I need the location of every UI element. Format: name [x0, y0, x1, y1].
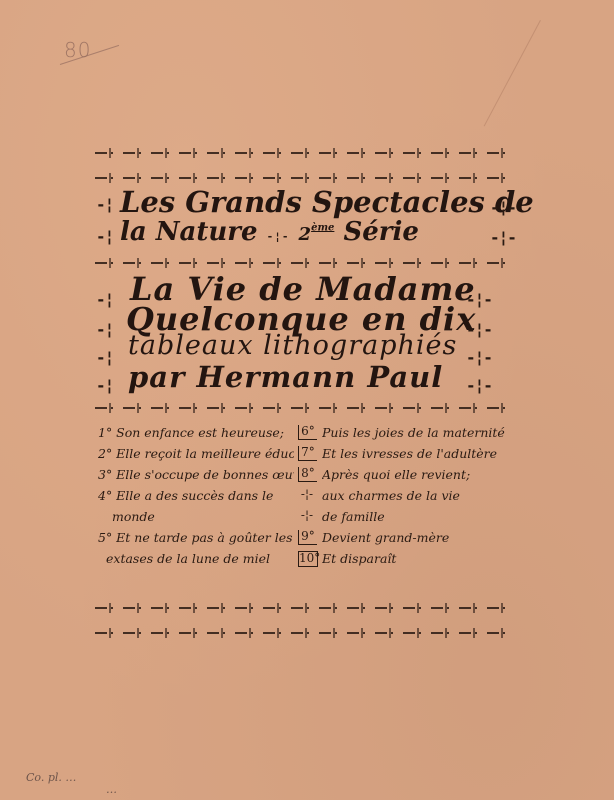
series-title-line-2: la Nature -¦- 2ème Série [120, 217, 419, 247]
pencil-inscription-line-2: … [106, 784, 117, 796]
tableau-right: aux charmes de la vie [322, 488, 518, 503]
dash-mark-left: -¦ [96, 290, 113, 309]
dashed-border-row [95, 603, 515, 613]
dash-mark-left: -¦ [96, 376, 113, 395]
filler-dashes: -¦- [267, 230, 290, 243]
tableau-number: 10° [298, 551, 318, 567]
tableau-left: 5° Et ne tarde pas à goûter les [98, 530, 294, 545]
tableau-number: 7° [298, 446, 317, 461]
series-number: 2 [299, 224, 312, 245]
tableau-right: Après quoi elle revient; [322, 467, 518, 482]
tableau-left: monde [98, 509, 308, 524]
series-title-line-1: Les Grands Spectacles de [120, 185, 534, 219]
series-label: Série [343, 217, 418, 247]
tableau-left: 1° Son enfance est heureuse; [98, 425, 294, 440]
dashed-border-row [95, 173, 515, 183]
pencil-inscription-line-1: Co. pl. … [26, 771, 76, 784]
paper-crease [484, 20, 541, 126]
dashed-border-row [95, 148, 515, 158]
main-title-line-3: tableaux lithographiés [128, 330, 457, 361]
list-item: 1° Son enfance est heureuse; 6° Puis les… [98, 425, 518, 446]
list-item: 2° Elle reçoit la meilleure éducation; 7… [98, 446, 518, 467]
tableau-right: de famille [322, 509, 518, 524]
series-number-sup: ème [311, 222, 334, 233]
tableau-right: Et disparaît [322, 551, 518, 566]
pencil-inscription: Co. pl. … … [26, 772, 117, 796]
dash-mark-right: -¦- [466, 376, 492, 395]
list-item: 5° Et ne tarde pas à goûter les 9° Devie… [98, 530, 518, 551]
tableau-right: Puis les joies de la maternité [322, 425, 518, 440]
list-item: extases de la lune de miel 10° Et dispar… [98, 551, 518, 572]
dash-mark-left: -¦ [96, 227, 113, 246]
tableau-right: Devient grand-mère [322, 530, 518, 545]
series-title-nature: la Nature [120, 217, 258, 247]
tableau-number: 9° [298, 530, 317, 545]
main-title-line-4: par Hermann Paul [128, 360, 443, 394]
list-item: 4° Elle a des succès dans le -¦- aux cha… [98, 488, 518, 509]
list-item: monde -¦- de famille [98, 509, 518, 530]
tableau-left: 4° Elle a des succès dans le [98, 488, 294, 503]
tableau-left: 2° Elle reçoit la meilleure éducation; [98, 446, 294, 461]
dashed-border-row [95, 628, 515, 638]
dash-mark-right: -¦- [466, 348, 492, 367]
dash-mark-left: -¦ [96, 195, 113, 214]
dashed-border-row [95, 403, 515, 413]
dash-mark-left: -¦ [96, 320, 113, 339]
dash-mark-left: -¦ [96, 348, 113, 367]
tableau-right: Et les ivresses de l'adultère [322, 446, 518, 461]
list-item: 3° Elle s'occupe de bonnes œuvres; 8° Ap… [98, 467, 518, 488]
dashed-border-row [95, 258, 515, 268]
tableau-number: 6° [298, 425, 317, 440]
dash-mark-right: -¦- [466, 320, 492, 339]
filler-dashes: -¦- [298, 488, 316, 502]
tableau-left: extases de la lune de miel [98, 551, 302, 566]
dash-mark-right: -¦- [490, 228, 516, 247]
dash-mark-right: -¦- [490, 198, 516, 217]
document-page: 80 -¦ Les Grands Spectacles de -¦- -¦ la… [0, 0, 614, 800]
filler-dashes: -¦- [298, 509, 316, 523]
tableau-left: 3° Elle s'occupe de bonnes œuvres; [98, 467, 294, 482]
tableaux-list: 1° Son enfance est heureuse; 6° Puis les… [98, 425, 518, 572]
tableau-number: 8° [298, 467, 317, 482]
